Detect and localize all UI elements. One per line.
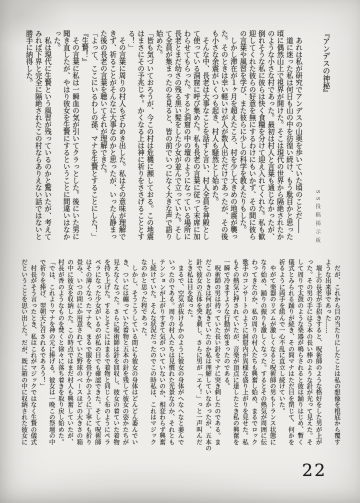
page-number: 22 bbox=[302, 461, 327, 481]
text-line: 倒れそうな私に彼らは快く食糧を分けて迎え入れてくれた。私も歓 bbox=[257, 30, 266, 248]
text-line: 私は現代に生贄という風習が残っているのかと驚いたが、考えて bbox=[43, 30, 52, 248]
text-line: 道に迷った私は何日も山の中を彷徨い続け、もう駄目かと思った bbox=[285, 30, 294, 248]
text-line: その言葉に周りの村人もざわめき出した。私はその意味が理解で bbox=[117, 30, 126, 248]
text-line: 「では、これよりマナを神の元に捧げる。彼女は一晩この祭壇の中 bbox=[47, 259, 56, 456]
text-line: もその熱気に押されていたが、音楽が頂点に達したとき私の興奮を bbox=[231, 259, 240, 456]
story-title: 『アンデスの神秘』 bbox=[322, 30, 331, 248]
text-line: みれば下界と完全に隔絶されたこの村ならありえない話ではないと bbox=[34, 30, 43, 248]
text-line: 頃に偶然山上で視界が開けた。そこは現代の世界から隔絶されたか bbox=[275, 30, 284, 248]
text-line: し続けていた。そんな状況だったのでこの時私は、これはマジック bbox=[148, 259, 157, 456]
text-line: 一瞬で冷ますような行動が始まったのである。 bbox=[221, 259, 230, 456]
text-line: あれは私が研究でアンデスの山奥を歩いていた頃のことだ―― bbox=[294, 30, 303, 248]
text-line: た後の長老の言葉を聴いてそれが理解できた。 bbox=[99, 30, 108, 248]
bottom-text-tier: だが、これから目の当たりにしたことは私の想像を根底から覆すような出来事であった…… bbox=[19, 259, 341, 456]
text-line: やがて楽器のリズムが激しくなると呪術師の男もトランス状態に bbox=[267, 259, 276, 456]
text-line: だが、これから目の当たりにしたことは私の想像を根底から覆す bbox=[332, 259, 341, 456]
text-line: 畳み、いつの間にか用意されていた野球のベースほどの大きさの箱 bbox=[74, 259, 83, 456]
top-text-tier: 『アンデスの神秘』 SS投稿掲示板 あれは私が研究でアンデスの山奥を歩いていた頃… bbox=[24, 30, 331, 248]
text-line: き、ついには纏っていた着物と五本の針を残して彼女の姿かたちが bbox=[120, 259, 129, 456]
text-line: った。その男の手には５本の長い棒のような針が光って見えた。そ bbox=[304, 259, 313, 456]
text-line: 針で彼女の五体を突き刺し、さらに男が「エイ！」っと一声叫んだ bbox=[194, 259, 203, 456]
text-line: わってきたのか、私の周りの村人たちも興奮し始め、まるでロック bbox=[249, 259, 258, 456]
text-line: はまさにその予兆じゃ。かくなる上は神に祈りをささげることとす bbox=[136, 30, 145, 248]
text-line: 『生贄！』 bbox=[80, 30, 89, 248]
text-line: まるで、空気が抜けるかのように彼女の身体がへなへなと萎んで bbox=[175, 259, 184, 456]
text-line: る！」 bbox=[126, 30, 135, 248]
text-line: 村長が香のようなものを焚くと徐々に落ち着きを取り戻し始めた。 bbox=[56, 259, 65, 456]
text-line: 始めた。 bbox=[154, 30, 163, 248]
text-line: わらせてもらった。すると洞窟の中の壇のようになっている場所に bbox=[182, 30, 191, 248]
text-line: はその薄くなったマナを、まるで服を畳むかのように丁寧にも折り bbox=[83, 259, 92, 456]
text-line: なり始め、踊りの振りも激しくなった。するとその熱気が周囲に伝 bbox=[258, 259, 267, 456]
text-line: しかし滞在が１ヶ月を超えたころ、村を少し大きめの地震が襲っ bbox=[229, 30, 238, 248]
title-annotation: SS投稿掲示板 bbox=[312, 30, 321, 248]
scanned-book-page: 『アンデスの神秘』 SS投稿掲示板 あれは私が研究でアンデスの山奥を歩いていた頃… bbox=[0, 0, 360, 503]
text-line: ような出来事であった…… bbox=[323, 259, 332, 456]
text-line: のような小さな村であった。最初は村人と言葉も通じなかったが、 bbox=[266, 30, 275, 248]
text-line: しかし、そうこうしている間にも彼女の身体はどんどん萎んでい bbox=[129, 259, 138, 456]
text-line: 「よって、ここにいるわしの孫、マナを生贄とすることにした！」 bbox=[89, 30, 98, 248]
text-line: 祈るように両手を組んで一心不乱に直立し続けていた。 bbox=[277, 259, 286, 456]
text-line: 村長がそう言ったとき、私はこれがマジックではなく生贄の儀式 bbox=[28, 259, 37, 456]
text-line: 歌手のコンサートのように洞窟内が異様な盛り上がりを見せた。私 bbox=[240, 259, 249, 456]
text-line: 呪術師の男は持っていた長い針をマナに突き刺したのである。ま bbox=[212, 259, 221, 456]
text-line: 勝手に納得した。 bbox=[24, 30, 33, 248]
text-line: きず、祈ることがそんなに大事なのかと思ったが、いったん静まっ bbox=[108, 30, 117, 248]
text-line: その言葉に私は一瞬血の気が引いてクラっとした。後にいた男に bbox=[71, 30, 80, 248]
text-line: も小さな余震がいくつも起き、村人も騒然とし始めた。 bbox=[210, 30, 219, 248]
text-line: 迎してくれた彼らの好意を無にするわけにもいかず、その間に彼ら bbox=[247, 30, 256, 248]
text-line: て使っている洞窟に呼び集めた。私も長老の言葉に従って末席に加 bbox=[192, 30, 201, 248]
text-line: 「皆も気づいておろうが、今この村は危機に瀕しておる。この地震 bbox=[145, 30, 154, 248]
text-line: 壇上の長老が手招きすると、呪術師のような格好をした男が上が bbox=[313, 259, 322, 456]
text-line: て全員が集まったのを見ると、皆の前でいつになく大きな声で語り bbox=[164, 30, 173, 248]
text-line: 見えなくなった。さらに呪術師は針を回収し、彼女の着ていた着物 bbox=[111, 259, 120, 456]
text-line: して周りで太鼓のような楽器が鳴らされると彼は踊りはじめ、暫く bbox=[295, 259, 304, 456]
text-line: だこのときは何が起きていたのか私は理解していなかったが、五本の bbox=[203, 259, 212, 456]
text-line: とき私は目を疑った。 bbox=[185, 259, 194, 456]
text-line: そんな中、長老は大事なことを話すと言い、村人全員を神殿とし bbox=[201, 30, 210, 248]
text-line: テンションが上がりすぎて気がついていないのか、相変わらず興奮 bbox=[157, 259, 166, 456]
text-line: た。そのときは幸い軽いけが人が数人出ただけであったが、その後 bbox=[219, 30, 228, 248]
text-line: 長老とまだ幼さの残る黒い髪をした少女が並んで立っていた。そし bbox=[173, 30, 182, 248]
text-line: の中に彼女を収納した。この時点ではまだ村人も興奮していたが、 bbox=[65, 259, 74, 456]
text-line: だということを思い出した。だが、既に箱の中に収納された彼女に bbox=[19, 259, 28, 456]
text-line: 儀式とみられる踊りが続き、その間マナはただ目を閉じて、何かを bbox=[286, 259, 295, 456]
text-line: いったのである。周りの村人たちは見慣れた光景なのか、それとも bbox=[166, 259, 175, 456]
text-line: ペラになった少女がいるのが私の目でも確認できた。そして呪術師 bbox=[93, 259, 102, 456]
blank-column bbox=[303, 30, 312, 248]
text-line: った。 bbox=[52, 30, 61, 248]
text-line: なのかと思った程であった。 bbox=[139, 259, 148, 456]
text-line: で祈りを捧げ、翌朝天に召されるであろう！」 bbox=[37, 259, 46, 456]
text-line: を持ち上げた。するとそこにはまるで着物と同じく布のようにペラ bbox=[102, 259, 111, 456]
text-line: 聞き直したが、やはり彼女を生贄にするということに間違いはなか bbox=[61, 30, 70, 248]
text-line: の言葉や風習を学び、また彼らに少しの科学を教えたりもした。 bbox=[238, 30, 247, 248]
